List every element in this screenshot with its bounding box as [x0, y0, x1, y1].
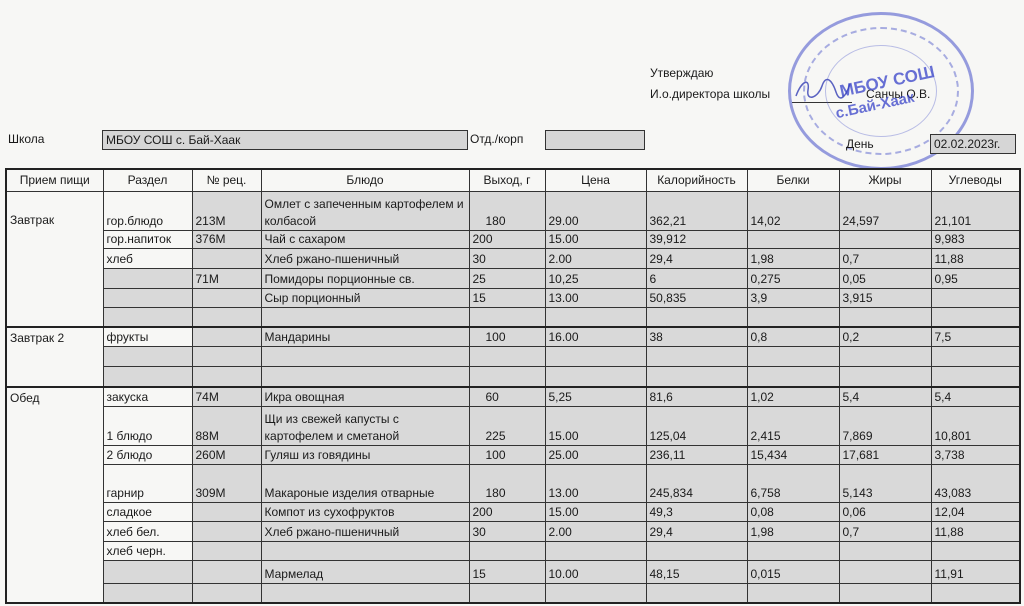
carbs-cell: 10,801	[931, 407, 1020, 446]
dish-cell: Сыр порционный	[261, 289, 469, 308]
section-cell: закуска	[103, 387, 192, 407]
fat-cell	[839, 561, 931, 584]
col-dish: Блюдо	[261, 169, 469, 192]
recipe-cell	[192, 327, 261, 347]
yield-cell	[469, 308, 545, 327]
table-row: 71МПомидоры порционные св.2510,2560,2750…	[6, 269, 1020, 289]
price-cell: 10.00	[545, 561, 646, 584]
fat-cell	[839, 308, 931, 327]
price-cell: 2.00	[545, 522, 646, 542]
dish-cell: Омлет с запеченным картофелем и колбасой	[261, 192, 469, 231]
protein-cell: 1,98	[747, 522, 839, 542]
recipe-cell: 376М	[192, 231, 261, 249]
recipe-cell: 71М	[192, 269, 261, 289]
dish-cell: Макароные изделия отварные	[261, 465, 469, 503]
price-cell: 15.00	[545, 407, 646, 446]
protein-cell: 0,8	[747, 327, 839, 347]
recipe-cell	[192, 367, 261, 387]
kcal-cell: 50,835	[646, 289, 747, 308]
kcal-cell	[646, 308, 747, 327]
dish-cell: Хлеб ржано-пшеничный	[261, 249, 469, 269]
protein-cell: 3,9	[747, 289, 839, 308]
yield-cell: 180	[469, 192, 545, 231]
day-label: День	[846, 137, 874, 151]
yield-cell: 15	[469, 289, 545, 308]
section-cell	[103, 561, 192, 584]
recipe-cell	[192, 584, 261, 603]
carbs-cell	[931, 308, 1020, 327]
protein-cell	[747, 231, 839, 249]
kcal-cell: 48,15	[646, 561, 747, 584]
carbs-cell: 11,88	[931, 522, 1020, 542]
section-cell	[103, 347, 192, 367]
fat-cell: 0,05	[839, 269, 931, 289]
price-cell: 2.00	[545, 249, 646, 269]
price-cell	[545, 347, 646, 367]
section-cell: 2 блюдо	[103, 446, 192, 465]
fat-cell: 0,7	[839, 249, 931, 269]
price-cell	[545, 367, 646, 387]
yield-cell	[469, 347, 545, 367]
dish-cell: Хлеб ржано-пшеничный	[261, 522, 469, 542]
protein-cell: 14,02	[747, 192, 839, 231]
carbs-cell: 12,04	[931, 503, 1020, 522]
carbs-cell: 5,4	[931, 387, 1020, 407]
signature	[792, 76, 852, 103]
dept-field	[545, 130, 645, 150]
carbs-cell	[931, 542, 1020, 561]
approve-label: Утверждаю	[650, 66, 713, 80]
kcal-cell: 245,834	[646, 465, 747, 503]
yield-cell: 25	[469, 269, 545, 289]
section-cell: гор.блюдо	[103, 192, 192, 231]
yield-cell	[469, 367, 545, 387]
fat-cell	[839, 231, 931, 249]
kcal-cell: 38	[646, 327, 747, 347]
kcal-cell	[646, 347, 747, 367]
recipe-cell	[192, 308, 261, 327]
price-cell: 29.00	[545, 192, 646, 231]
recipe-cell	[192, 503, 261, 522]
table-row: Завтракгор.блюдо213МОмлет с запеченным к…	[6, 192, 1020, 231]
dish-cell	[261, 584, 469, 603]
col-carbs: Углеводы	[931, 169, 1020, 192]
col-protein: Белки	[747, 169, 839, 192]
meal-cell: Завтрак 2	[6, 327, 103, 387]
carbs-cell: 11,91	[931, 561, 1020, 584]
col-section: Раздел	[103, 169, 192, 192]
fat-cell	[839, 367, 931, 387]
price-cell: 25.00	[545, 446, 646, 465]
table-row: Сыр порционный1513.0050,8353,93,915	[6, 289, 1020, 308]
col-meal: Прием пищи	[6, 169, 103, 192]
table-row: 1 блюдо88МЩи из свежей капусты с картофе…	[6, 407, 1020, 446]
carbs-cell: 43,083	[931, 465, 1020, 503]
fat-cell	[839, 584, 931, 603]
recipe-cell	[192, 249, 261, 269]
recipe-cell	[192, 522, 261, 542]
carbs-cell: 7,5	[931, 327, 1020, 347]
section-cell: хлеб	[103, 249, 192, 269]
table-row	[6, 367, 1020, 387]
kcal-cell	[646, 584, 747, 603]
kcal-cell: 81,6	[646, 387, 747, 407]
dish-cell	[261, 347, 469, 367]
price-cell	[545, 542, 646, 561]
price-cell: 13.00	[545, 465, 646, 503]
dish-cell: Гуляш из говядины	[261, 446, 469, 465]
school-label: Школа	[8, 132, 44, 146]
menu-body: Завтракгор.блюдо213МОмлет с запеченным к…	[6, 192, 1020, 603]
kcal-cell: 39,912	[646, 231, 747, 249]
protein-cell: 15,434	[747, 446, 839, 465]
fat-cell: 5,143	[839, 465, 931, 503]
fat-cell: 0,06	[839, 503, 931, 522]
section-cell: гарнир	[103, 465, 192, 503]
dish-cell	[261, 542, 469, 561]
protein-cell: 2,415	[747, 407, 839, 446]
dish-cell: Чай с сахаром	[261, 231, 469, 249]
protein-cell	[747, 347, 839, 367]
price-cell: 15.00	[545, 503, 646, 522]
protein-cell: 1,98	[747, 249, 839, 269]
kcal-cell: 125,04	[646, 407, 747, 446]
yield-cell: 100	[469, 327, 545, 347]
kcal-cell: 362,21	[646, 192, 747, 231]
carbs-cell: 11,88	[931, 249, 1020, 269]
fat-cell: 17,681	[839, 446, 931, 465]
protein-cell	[747, 367, 839, 387]
table-row: хлебХлеб ржано-пшеничный302.0029,41,980,…	[6, 249, 1020, 269]
protein-cell: 0,08	[747, 503, 839, 522]
carbs-cell	[931, 347, 1020, 367]
protein-cell	[747, 308, 839, 327]
kcal-cell: 236,11	[646, 446, 747, 465]
table-row: сладкоеКомпот из сухофруктов20015.0049,3…	[6, 503, 1020, 522]
fat-cell	[839, 347, 931, 367]
fat-cell: 3,915	[839, 289, 931, 308]
dish-cell: Мармелад	[261, 561, 469, 584]
dish-cell	[261, 367, 469, 387]
yield-cell: 15	[469, 561, 545, 584]
yield-cell: 200	[469, 231, 545, 249]
recipe-cell: 260М	[192, 446, 261, 465]
dish-cell: Щи из свежей капусты с картофелем и смет…	[261, 407, 469, 446]
fat-cell: 5,4	[839, 387, 931, 407]
protein-cell: 0,275	[747, 269, 839, 289]
fat-cell: 0,7	[839, 522, 931, 542]
price-cell: 5,25	[545, 387, 646, 407]
section-cell: хлеб черн.	[103, 542, 192, 561]
dept-label: Отд./корп	[470, 132, 523, 146]
section-cell: фрукты	[103, 327, 192, 347]
carbs-cell: 21,101	[931, 192, 1020, 231]
section-cell: 1 блюдо	[103, 407, 192, 446]
director-name: Санчы О.В.	[866, 87, 930, 101]
section-cell	[103, 308, 192, 327]
yield-cell: 225	[469, 407, 545, 446]
fat-cell: 7,869	[839, 407, 931, 446]
meal-cell: Обед	[6, 387, 103, 603]
dish-cell: Помидоры порционные св.	[261, 269, 469, 289]
yield-cell	[469, 584, 545, 603]
menu-table: Прием пищи Раздел № рец. Блюдо Выход, г …	[5, 168, 1021, 604]
col-fat: Жиры	[839, 169, 931, 192]
table-row: гарнир309ММакароные изделия отварные1801…	[6, 465, 1020, 503]
section-cell: сладкое	[103, 503, 192, 522]
section-cell	[103, 269, 192, 289]
dish-cell	[261, 308, 469, 327]
carbs-cell	[931, 584, 1020, 603]
table-row: хлеб бел.Хлеб ржано-пшеничный302.0029,41…	[6, 522, 1020, 542]
day-field: 02.02.2023г.	[930, 134, 1016, 154]
table-row: Мармелад1510.0048,150,01511,91	[6, 561, 1020, 584]
yield-cell: 30	[469, 522, 545, 542]
protein-cell: 6,758	[747, 465, 839, 503]
recipe-cell: 213М	[192, 192, 261, 231]
col-kcal: Калорийность	[646, 169, 747, 192]
carbs-cell: 0,95	[931, 269, 1020, 289]
kcal-cell	[646, 542, 747, 561]
kcal-cell	[646, 367, 747, 387]
recipe-cell	[192, 347, 261, 367]
kcal-cell: 29,4	[646, 522, 747, 542]
table-row: Завтрак 2фруктыМандарины10016.00380,80,2…	[6, 327, 1020, 347]
recipe-cell: 309М	[192, 465, 261, 503]
fat-cell: 0,2	[839, 327, 931, 347]
fat-cell: 24,597	[839, 192, 931, 231]
yield-cell	[469, 542, 545, 561]
carbs-cell	[931, 289, 1020, 308]
price-cell: 13.00	[545, 289, 646, 308]
dish-cell: Компот из сухофруктов	[261, 503, 469, 522]
section-cell: гор.напиток	[103, 231, 192, 249]
yield-cell: 60	[469, 387, 545, 407]
carbs-cell: 3,738	[931, 446, 1020, 465]
yield-cell: 180	[469, 465, 545, 503]
protein-cell: 0,015	[747, 561, 839, 584]
col-yield: Выход, г	[469, 169, 545, 192]
price-cell	[545, 308, 646, 327]
director-label: И.о.директора школы	[650, 87, 770, 101]
kcal-cell: 29,4	[646, 249, 747, 269]
price-cell: 10,25	[545, 269, 646, 289]
col-recipe: № рец.	[192, 169, 261, 192]
protein-cell: 1,02	[747, 387, 839, 407]
dish-cell: Мандарины	[261, 327, 469, 347]
yield-cell: 30	[469, 249, 545, 269]
protein-cell	[747, 584, 839, 603]
recipe-cell: 88М	[192, 407, 261, 446]
fat-cell	[839, 542, 931, 561]
table-row: Обедзакуска74МИкра овощная605,2581,61,02…	[6, 387, 1020, 407]
price-cell: 15.00	[545, 231, 646, 249]
yield-cell: 200	[469, 503, 545, 522]
section-cell	[103, 584, 192, 603]
yield-cell: 100	[469, 446, 545, 465]
price-cell: 16.00	[545, 327, 646, 347]
dish-cell: Икра овощная	[261, 387, 469, 407]
table-row	[6, 347, 1020, 367]
school-field: МБОУ СОШ с. Бай-Хаак	[102, 130, 468, 150]
header-row: Прием пищи Раздел № рец. Блюдо Выход, г …	[6, 169, 1020, 192]
table-row	[6, 584, 1020, 603]
table-row: хлеб черн.	[6, 542, 1020, 561]
recipe-cell: 74М	[192, 387, 261, 407]
carbs-cell	[931, 367, 1020, 387]
recipe-cell	[192, 542, 261, 561]
table-row: гор.напиток376МЧай с сахаром20015.0039,9…	[6, 231, 1020, 249]
meal-cell: Завтрак	[6, 192, 103, 327]
section-cell: хлеб бел.	[103, 522, 192, 542]
price-cell	[545, 584, 646, 603]
recipe-cell	[192, 289, 261, 308]
table-row: 2 блюдо260МГуляш из говядины10025.00236,…	[6, 446, 1020, 465]
section-cell	[103, 289, 192, 308]
carbs-cell: 9,983	[931, 231, 1020, 249]
table-row	[6, 308, 1020, 327]
col-price: Цена	[545, 169, 646, 192]
recipe-cell	[192, 561, 261, 584]
section-cell	[103, 367, 192, 387]
kcal-cell: 49,3	[646, 503, 747, 522]
protein-cell	[747, 542, 839, 561]
kcal-cell: 6	[646, 269, 747, 289]
